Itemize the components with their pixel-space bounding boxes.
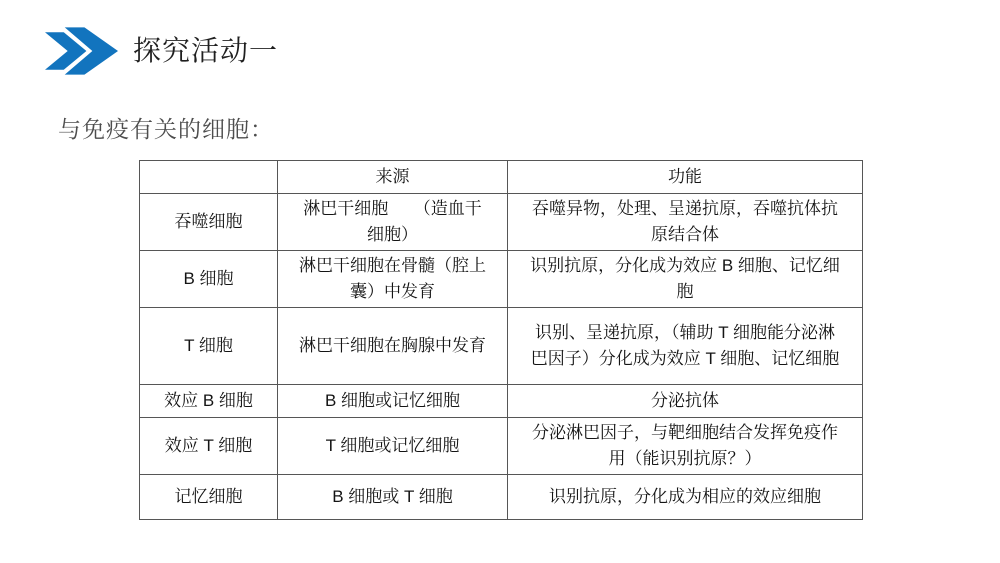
cell-name: 记忆细胞 [140, 475, 278, 520]
cell-name: 效应 T 细胞 [140, 418, 278, 475]
cell-source: T 细胞或记忆细胞 [278, 418, 508, 475]
double-chevron-right-icon [45, 26, 119, 76]
table-row-t-cell: T 细胞 淋巴干细胞在胸腺中发育 识别、呈递抗原，（辅助 T 细胞能分泌淋 巴因… [140, 308, 863, 385]
table-row-effector-b-cell: 效应 B 细胞 B 细胞或记忆细胞 分泌抗体 [140, 385, 863, 418]
cell-name: 吞噬细胞 [140, 194, 278, 251]
cell-source: 淋巴干细胞 （造血干 细胞） [278, 194, 508, 251]
page-title: 探究活动一 [133, 33, 278, 69]
cell-name: 效应 B 细胞 [140, 385, 278, 418]
cell-function: 分泌抗体 [508, 385, 863, 418]
cell-source: B 细胞或记忆细胞 [278, 385, 508, 418]
subtitle: 与免疫有关的细胞： [58, 114, 274, 144]
cell-name: B 细胞 [140, 251, 278, 308]
cell-function: 识别抗原，分化成为效应 B 细胞、记忆细 胞 [508, 251, 863, 308]
table-header-row: 来源 功能 [140, 161, 863, 194]
cell-source: 淋巴干细胞在胸腺中发育 [278, 308, 508, 385]
header-cell-type [140, 161, 278, 194]
cell-function: 吞噬异物，处理、呈递抗原，吞噬抗体抗 原结合体 [508, 194, 863, 251]
table-row-b-cell: B 细胞 淋巴干细胞在骨髓（腔上 囊）中发育 识别抗原，分化成为效应 B 细胞、… [140, 251, 863, 308]
cell-function: 识别、呈递抗原，（辅助 T 细胞能分泌淋 巴因子）分化成为效应 T 细胞、记忆细… [508, 308, 863, 385]
table-row-memory-cell: 记忆细胞 B 细胞或 T 细胞 识别抗原，分化成为相应的效应细胞 [140, 475, 863, 520]
slide: 探究活动一 与免疫有关的细胞： 来源 功能 吞噬细胞 淋巴干细胞 （造血干 细胞… [0, 0, 1000, 563]
immune-cells-table: 来源 功能 吞噬细胞 淋巴干细胞 （造血干 细胞） 吞噬异物，处理、呈递抗原，吞… [139, 160, 863, 520]
cell-source: B 细胞或 T 细胞 [278, 475, 508, 520]
cell-function: 分泌淋巴因子，与靶细胞结合发挥免疫作 用（能识别抗原？） [508, 418, 863, 475]
header-cell-source: 来源 [278, 161, 508, 194]
cell-name: T 细胞 [140, 308, 278, 385]
cell-source: 淋巴干细胞在骨髓（腔上 囊）中发育 [278, 251, 508, 308]
cell-function: 识别抗原，分化成为相应的效应细胞 [508, 475, 863, 520]
table-row-phagocyte: 吞噬细胞 淋巴干细胞 （造血干 细胞） 吞噬异物，处理、呈递抗原，吞噬抗体抗 原… [140, 194, 863, 251]
header-cell-function: 功能 [508, 161, 863, 194]
table-row-effector-t-cell: 效应 T 细胞 T 细胞或记忆细胞 分泌淋巴因子，与靶细胞结合发挥免疫作 用（能… [140, 418, 863, 475]
